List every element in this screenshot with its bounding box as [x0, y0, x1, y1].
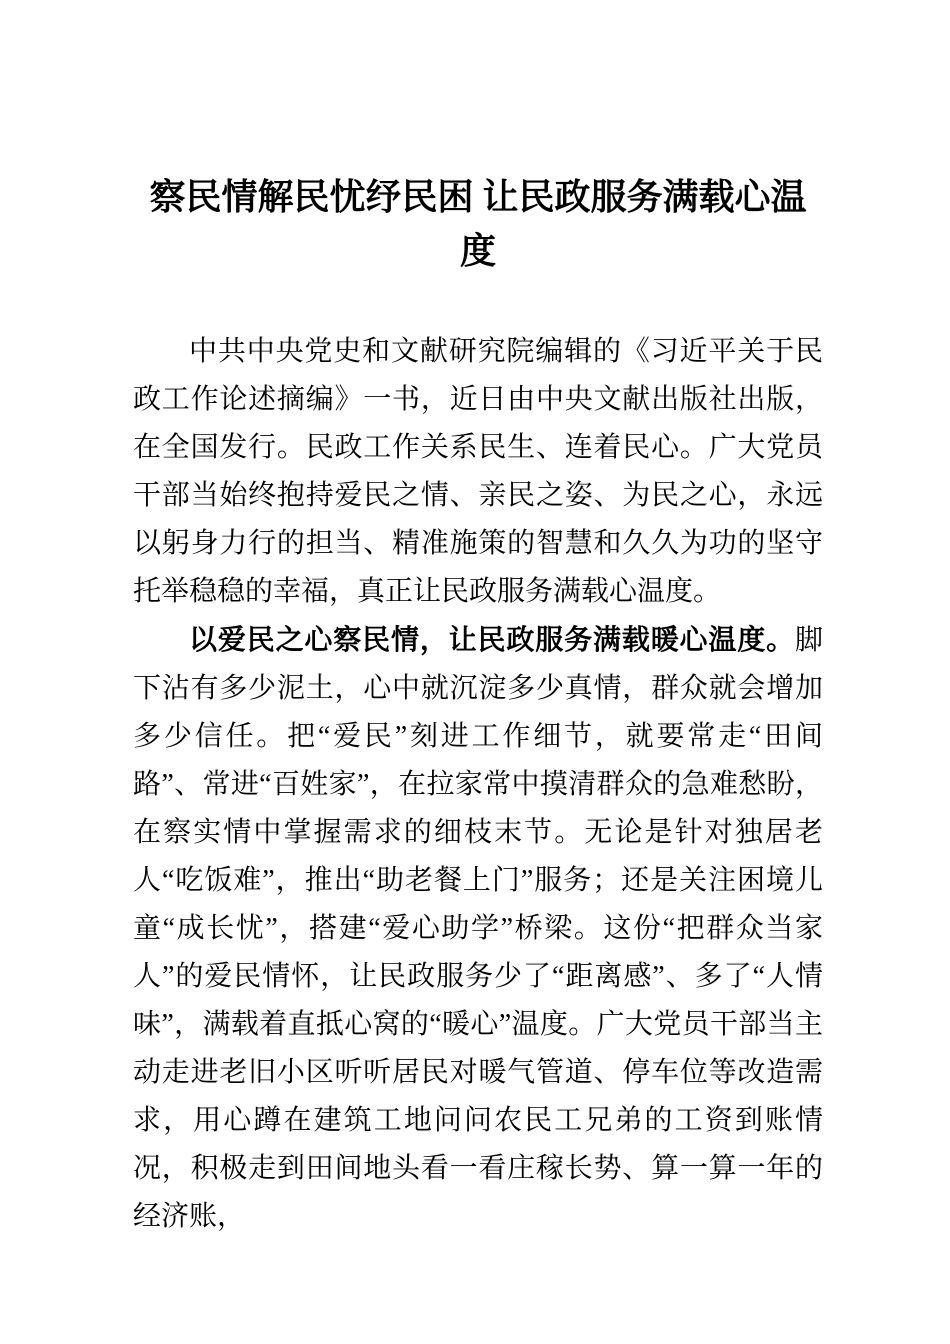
paragraph-text: 中共中央党史和文献研究院编辑的《习近平关于民政工作论述摘编》一书，近日由中央文献…	[133, 336, 823, 607]
paragraph: 中共中央党史和文献研究院编辑的《习近平关于民政工作论述摘编》一书，近日由中央文献…	[133, 328, 823, 616]
paragraph-text: 脚下沾有多少泥土，心中就沉淀多少真情，群众就会增加多少信任。把“爱民”刻进工作细…	[133, 625, 823, 1232]
document-page: 察民情解民忧纾民困 让民政服务满载心温度 中共中央党史和文献研究院编辑的《习近平…	[0, 0, 950, 1344]
document-body: 中共中央党史和文献研究院编辑的《习近平关于民政工作论述摘编》一书，近日由中央文献…	[133, 328, 823, 1241]
paragraph: 以爱民之心察民情，让民政服务满载暖心温度。脚下沾有多少泥土，心中就沉淀多少真情，…	[133, 616, 823, 1241]
document-title: 察民情解民忧纾民困 让民政服务满载心温度	[133, 170, 823, 278]
paragraph-lead: 以爱民之心察民情，让民政服务满载暖心温度。	[189, 624, 795, 655]
